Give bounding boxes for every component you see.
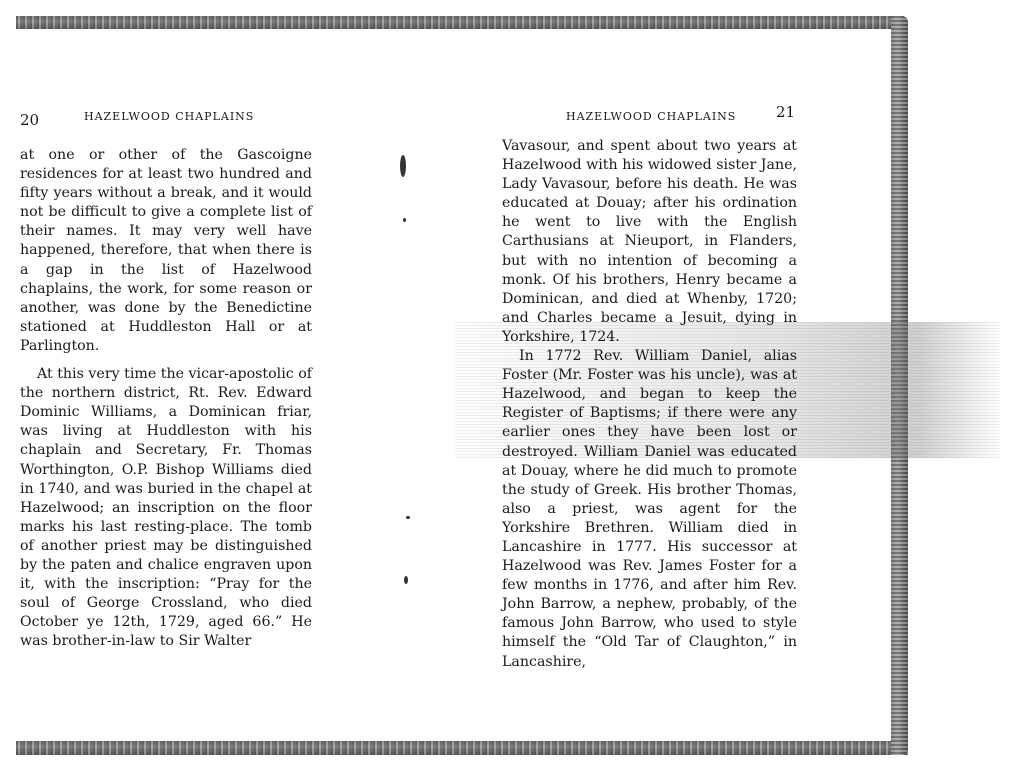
gutter-speck xyxy=(404,576,408,584)
scan-edge-right xyxy=(891,16,908,755)
gutter-speck xyxy=(406,516,410,519)
running-head: HAZELWOOD CHAPLAINS xyxy=(566,110,736,123)
paragraph: At this very time the vicar-apostolic of… xyxy=(20,365,312,651)
running-head: HAZELWOOD CHAPLAINS xyxy=(84,110,254,123)
paragraph: Vavasour, and spent about two years at H… xyxy=(502,137,797,347)
paragraph: In 1772 Rev. William Daniel, alias Foste… xyxy=(502,347,797,672)
scan-edge-bottom xyxy=(16,741,908,755)
gutter-speck xyxy=(403,218,406,222)
paragraph: at one or other of the Gascoigne residen… xyxy=(20,146,312,356)
scan-edge-top xyxy=(16,16,904,29)
body-text: at one or other of the Gascoigne residen… xyxy=(20,146,312,651)
gutter-speck xyxy=(400,155,406,177)
body-text: Vavasour, and spent about two years at H… xyxy=(502,137,797,672)
page-number: 20 xyxy=(20,111,39,129)
page-number: 21 xyxy=(776,103,795,121)
